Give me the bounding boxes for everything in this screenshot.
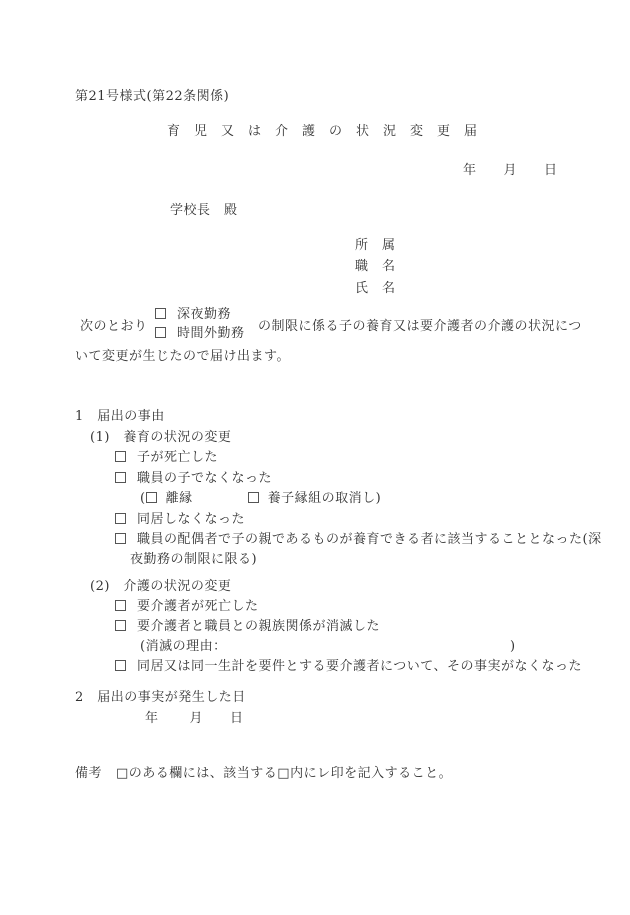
intro-line2: いて変更が生じたので届け出ます。 bbox=[75, 348, 290, 365]
date-top-day-label: 日 bbox=[544, 163, 558, 178]
form-number: 第21号様式(第22条関係) bbox=[75, 88, 229, 105]
checkbox-no-longer-cohabiting[interactable] bbox=[115, 513, 126, 524]
extinguish-reason-paren-close: ) bbox=[510, 638, 516, 655]
spouse-can-care-label-line1: 職員の配偶者で子の親であるものが養育できる者に該当することとなった(深 bbox=[137, 532, 602, 547]
occurrence-year-label: 年 bbox=[145, 711, 159, 726]
checkbox-kinship-extinguished[interactable] bbox=[115, 620, 126, 631]
name-label: 氏 名 bbox=[355, 280, 396, 297]
list-subitem: (離縁養子縁組の取消し) bbox=[140, 490, 381, 507]
checkbox-spouse-can-care[interactable] bbox=[115, 533, 126, 544]
overtime-work-label: 時間外勤務 bbox=[177, 326, 245, 341]
spouse-can-care-label-line2: 夜勤務の制限に限る) bbox=[130, 551, 257, 568]
list-item: 要介護者と職員との親族関係が消滅した bbox=[115, 618, 380, 635]
note-text: □のある欄には、該当する□内にレ印を記入すること。 bbox=[116, 766, 452, 781]
section1-sub1-heading: (1) 養育の状況の変更 bbox=[90, 429, 231, 446]
dissolution-label: 離縁 bbox=[166, 491, 193, 506]
section1-sub2-heading: (2) 介護の状況の変更 bbox=[90, 578, 231, 595]
document-title: 育 児 又 は 介 護 の 状 況 変 更 届 bbox=[167, 123, 478, 140]
checkbox-overtime-work[interactable] bbox=[155, 327, 166, 338]
list-item: 同居しなくなった bbox=[115, 511, 245, 528]
intro-after: の制限に係る子の養育又は要介護者の介護の状況につ bbox=[258, 318, 582, 335]
position-label: 職 名 bbox=[355, 258, 396, 275]
date-line-occurrence: 年月日 bbox=[145, 710, 244, 727]
care-recipient-died-label: 要介護者が死亡した bbox=[137, 599, 259, 614]
cohabitation-fact-lost-label: 同居又は同一生計を要件とする要介護者について、その事実がなくなった bbox=[137, 659, 582, 674]
checkbox-late-night-work[interactable] bbox=[155, 308, 166, 319]
extinguish-reason-label: (消滅の理由： bbox=[140, 638, 227, 655]
checkbox-annulment-of-adoption[interactable] bbox=[248, 492, 259, 503]
section1-heading: 1 届出の事由 bbox=[75, 408, 165, 425]
date-top-year-label: 年 bbox=[463, 163, 477, 178]
checkbox-child-died[interactable] bbox=[115, 451, 126, 462]
intro-lead: 次のとおり bbox=[80, 318, 148, 335]
list-item: 要介護者が死亡した bbox=[115, 598, 259, 615]
child-died-label: 子が死亡した bbox=[137, 450, 218, 465]
annulment-label: 養子縁組の取消し) bbox=[268, 491, 382, 506]
section2-heading: 2 届出の事実が発生した日 bbox=[75, 689, 246, 706]
note-line: 備考□のある欄には、該当する□内にレ印を記入すること。 bbox=[75, 765, 452, 782]
checkbox-care-recipient-died[interactable] bbox=[115, 600, 126, 611]
checkbox-cohabitation-fact-lost[interactable] bbox=[115, 660, 126, 671]
no-longer-employee-child-label: 職員の子でなくなった bbox=[137, 471, 272, 486]
kinship-extinguished-label: 要介護者と職員との親族関係が消滅した bbox=[137, 619, 380, 634]
no-longer-cohabiting-label: 同居しなくなった bbox=[137, 512, 245, 527]
occurrence-month-label: 月 bbox=[190, 711, 204, 726]
checkbox-no-longer-employee-child[interactable] bbox=[115, 472, 126, 483]
list-item: 同居又は同一生計を要件とする要介護者について、その事実がなくなった bbox=[115, 658, 582, 675]
checkbox-dissolution-of-adoption[interactable] bbox=[146, 492, 157, 503]
date-line-top: 年月日 bbox=[463, 162, 558, 179]
affiliation-label: 所 属 bbox=[355, 237, 396, 254]
list-item: 職員の子でなくなった bbox=[115, 470, 272, 487]
document-page: 第21号様式(第22条関係) 育 児 又 は 介 護 の 状 況 変 更 届 年… bbox=[0, 0, 630, 915]
list-item: 職員の配偶者で子の親であるものが養育できる者に該当することとなった(深 bbox=[115, 531, 602, 548]
late-night-work-label: 深夜勤務 bbox=[177, 307, 231, 322]
note-label: 備考 bbox=[75, 766, 102, 781]
intro-option-stack: 深夜勤務 時間外勤務 bbox=[155, 306, 245, 344]
addressee: 学校長 殿 bbox=[170, 202, 238, 219]
list-item: 子が死亡した bbox=[115, 449, 218, 466]
date-top-month-label: 月 bbox=[504, 163, 518, 178]
occurrence-day-label: 日 bbox=[230, 711, 244, 726]
